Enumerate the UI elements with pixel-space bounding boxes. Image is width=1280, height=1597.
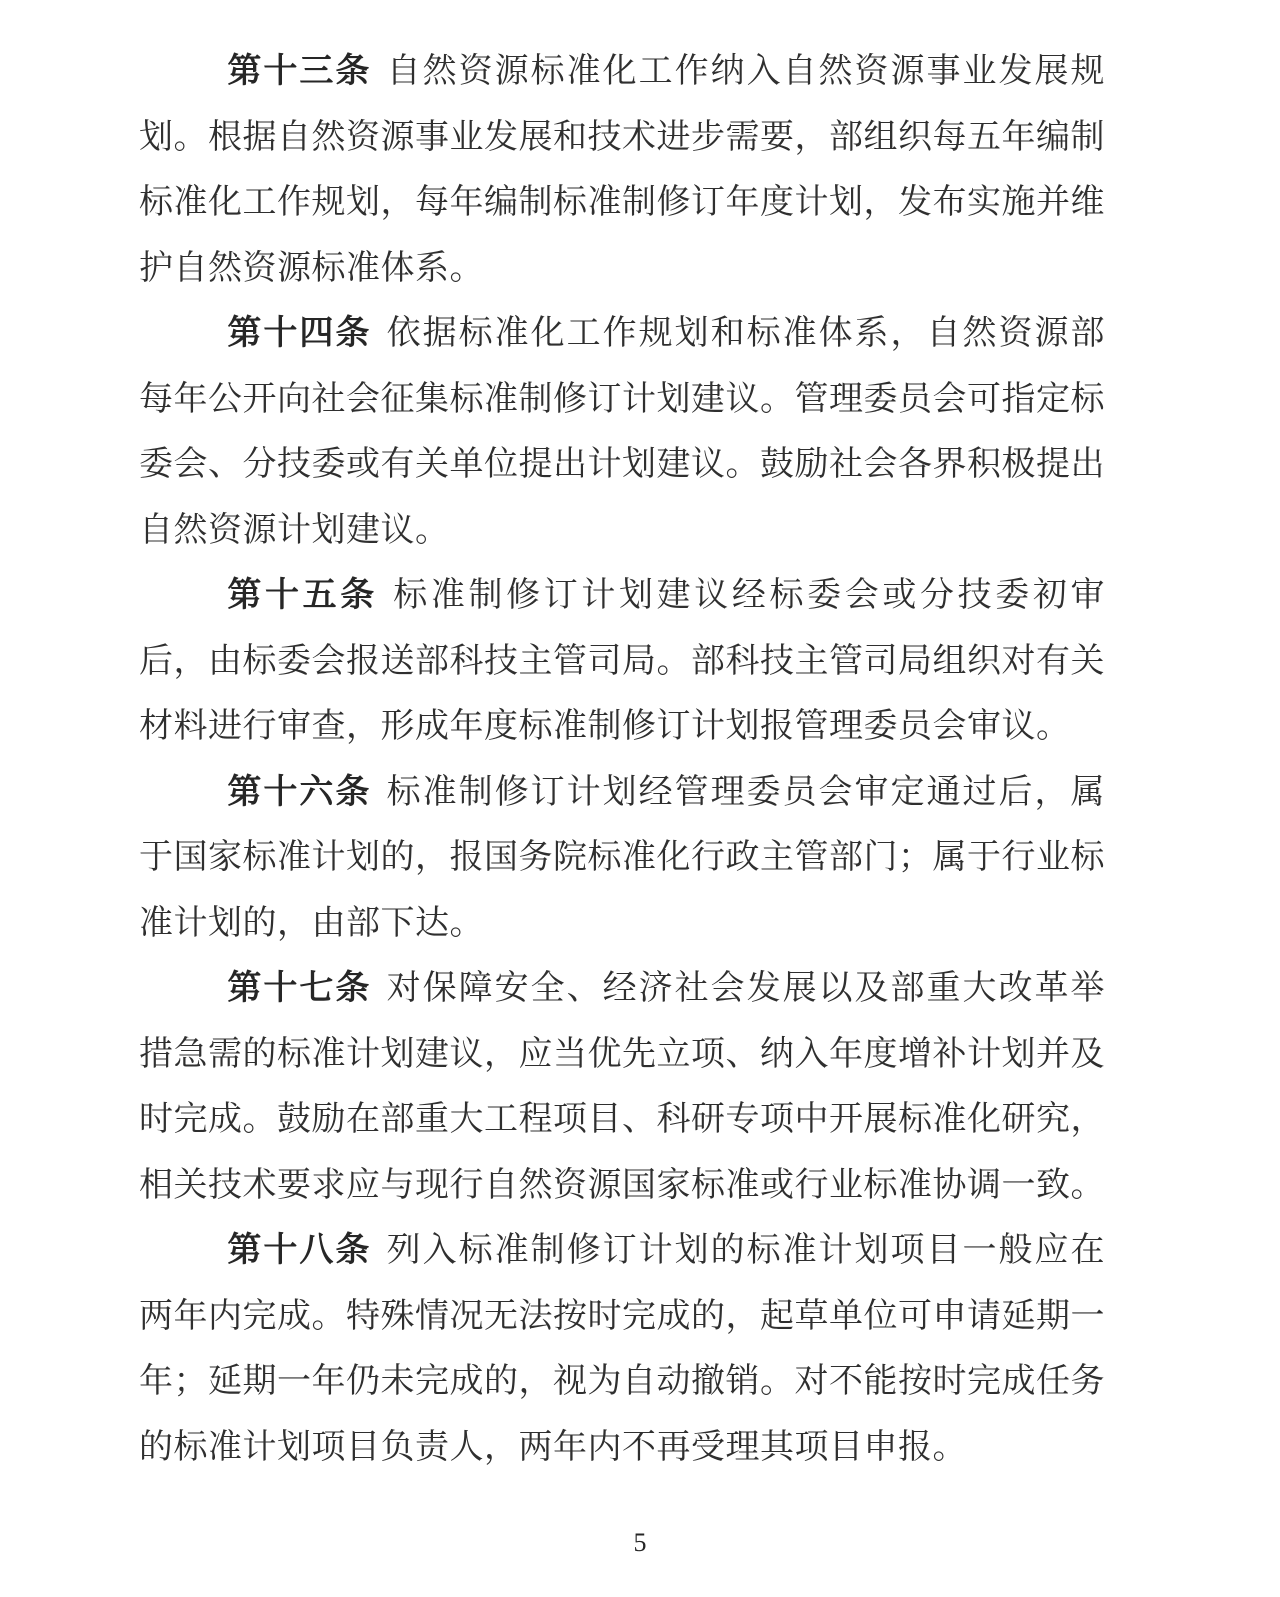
article-paragraph: 第十四条依据标准化工作规划和标准体系，自然资源部每年公开向社会征集标准制修订计划… — [139, 301, 1105, 563]
article-number: 第十五条 — [227, 577, 378, 614]
article-number: 第十七条 — [227, 970, 371, 1007]
article-paragraph: 第十五条标准制修订计划建议经标委会或分技委初审后，由标委会报送部科技主管司局。部… — [139, 563, 1105, 760]
article-paragraph: 第十八条列入标准制修订计划的标准计划项目一般应在两年内完成。特殊情况无法按时完成… — [139, 1218, 1105, 1480]
document-page: 第十三条自然资源标准化工作纳入自然资源事业发展规划。根据自然资源事业发展和技术进… — [0, 0, 1280, 1597]
article-number: 第十八条 — [227, 1232, 371, 1269]
article-paragraph: 第十六条标准制修订计划经管理委员会审定通过后，属于国家标准计划的，报国务院标准化… — [139, 760, 1105, 957]
article-number: 第十三条 — [227, 53, 371, 90]
article-paragraph: 第十三条自然资源标准化工作纳入自然资源事业发展规划。根据自然资源事业发展和技术进… — [139, 39, 1105, 301]
article-number: 第十六条 — [227, 774, 371, 811]
article-number: 第十四条 — [227, 315, 371, 352]
page-number: 5 — [0, 1528, 1280, 1558]
article-paragraph: 第十七条对保障安全、经济社会发展以及部重大改革举措急需的标准计划建议，应当优先立… — [139, 956, 1105, 1218]
document-body: 第十三条自然资源标准化工作纳入自然资源事业发展规划。根据自然资源事业发展和技术进… — [139, 39, 1105, 1480]
